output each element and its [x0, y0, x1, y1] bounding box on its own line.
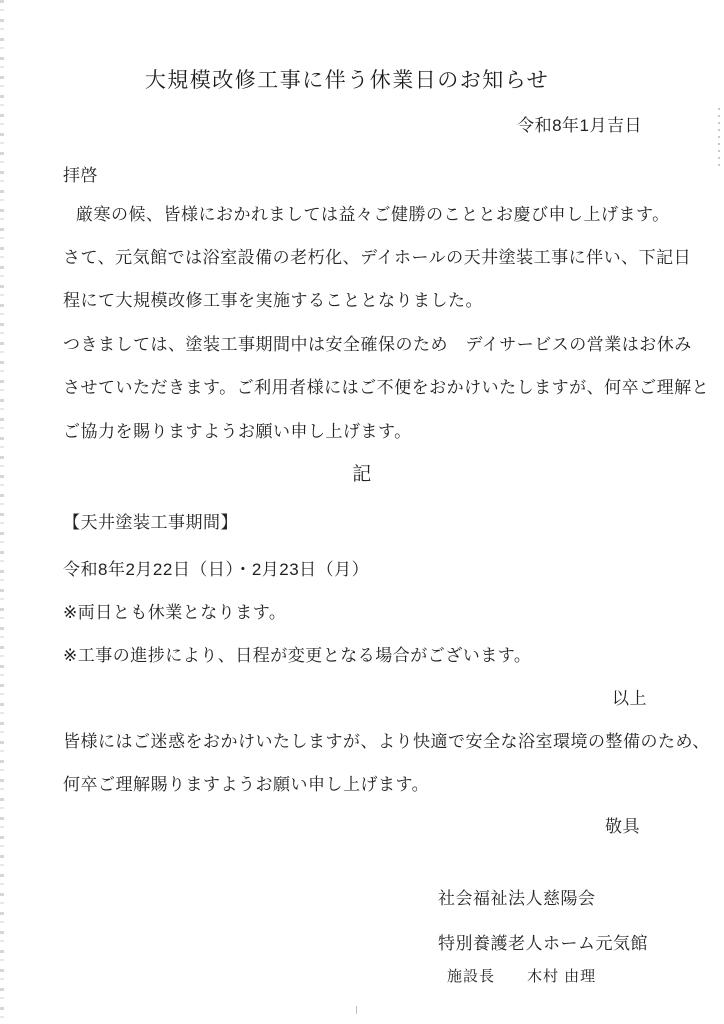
scanned-notice-page: 大規模改修工事に伴う休業日のお知らせ 令和8年1月吉日 拝啓 厳寒の候、皆様にお…	[0, 0, 724, 1024]
closing-line-1: 皆様にはご迷惑をおかけいたしますが、より快適で安全な浴室環境の整備のため、	[63, 731, 710, 753]
notice-title: 大規模改修工事に伴う休業日のお知らせ	[0, 70, 694, 92]
note-schedule-change: ※工事の進捗により、日程が変更となる場合がございます。	[63, 645, 531, 667]
construction-period-heading: 【天井塗装工事期間】	[63, 512, 238, 534]
note-closed-both-days: ※両日とも休業となります。	[63, 602, 286, 624]
record-marker: 記	[0, 464, 724, 486]
scan-artifact-left-edge	[0, 0, 4, 1024]
signature-director: 施設長 木村 由理	[447, 966, 596, 988]
body-line-4: させていただきます。ご利用者様にはご不便をおかけいたしますが、何卒ご理解と	[63, 377, 709, 399]
body-line-3: つきましては、塗装工事期間中は安全確保のため デイサービスの営業はお休み	[63, 334, 692, 356]
end-marker: 以上	[612, 688, 647, 710]
construction-period-dates: 令和8年2月22日（日）・2月23日（月）	[63, 559, 369, 581]
scan-artifact-right-dots	[718, 108, 720, 168]
salutation: 拝啓	[63, 165, 98, 187]
closing-line-2: 何卒ご理解賜りますようお願い申し上げます。	[63, 774, 429, 796]
body-line-1: さて、元気館では浴室設備の老朽化、デイホールの天井塗装工事に伴い、下記日	[63, 247, 691, 269]
body-line-5: ご協力を賜りますようお願い申し上げます。	[63, 421, 412, 443]
body-line-2: 程にて大規模改修工事を実施することとなりました。	[63, 290, 483, 312]
closing-salutation: 敬具	[605, 816, 640, 838]
greeting-line: 厳寒の候、皆様におかれましては益々ご健勝のこととお慶び申し上げます。	[76, 204, 670, 226]
scan-artifact-bottom-speck	[356, 1006, 357, 1014]
issue-date: 令和8年1月吉日	[517, 115, 642, 137]
signature-organization: 社会福祉法人慈陽会	[438, 888, 596, 910]
signature-facility: 特別養護老人ホーム元気館	[438, 933, 648, 955]
